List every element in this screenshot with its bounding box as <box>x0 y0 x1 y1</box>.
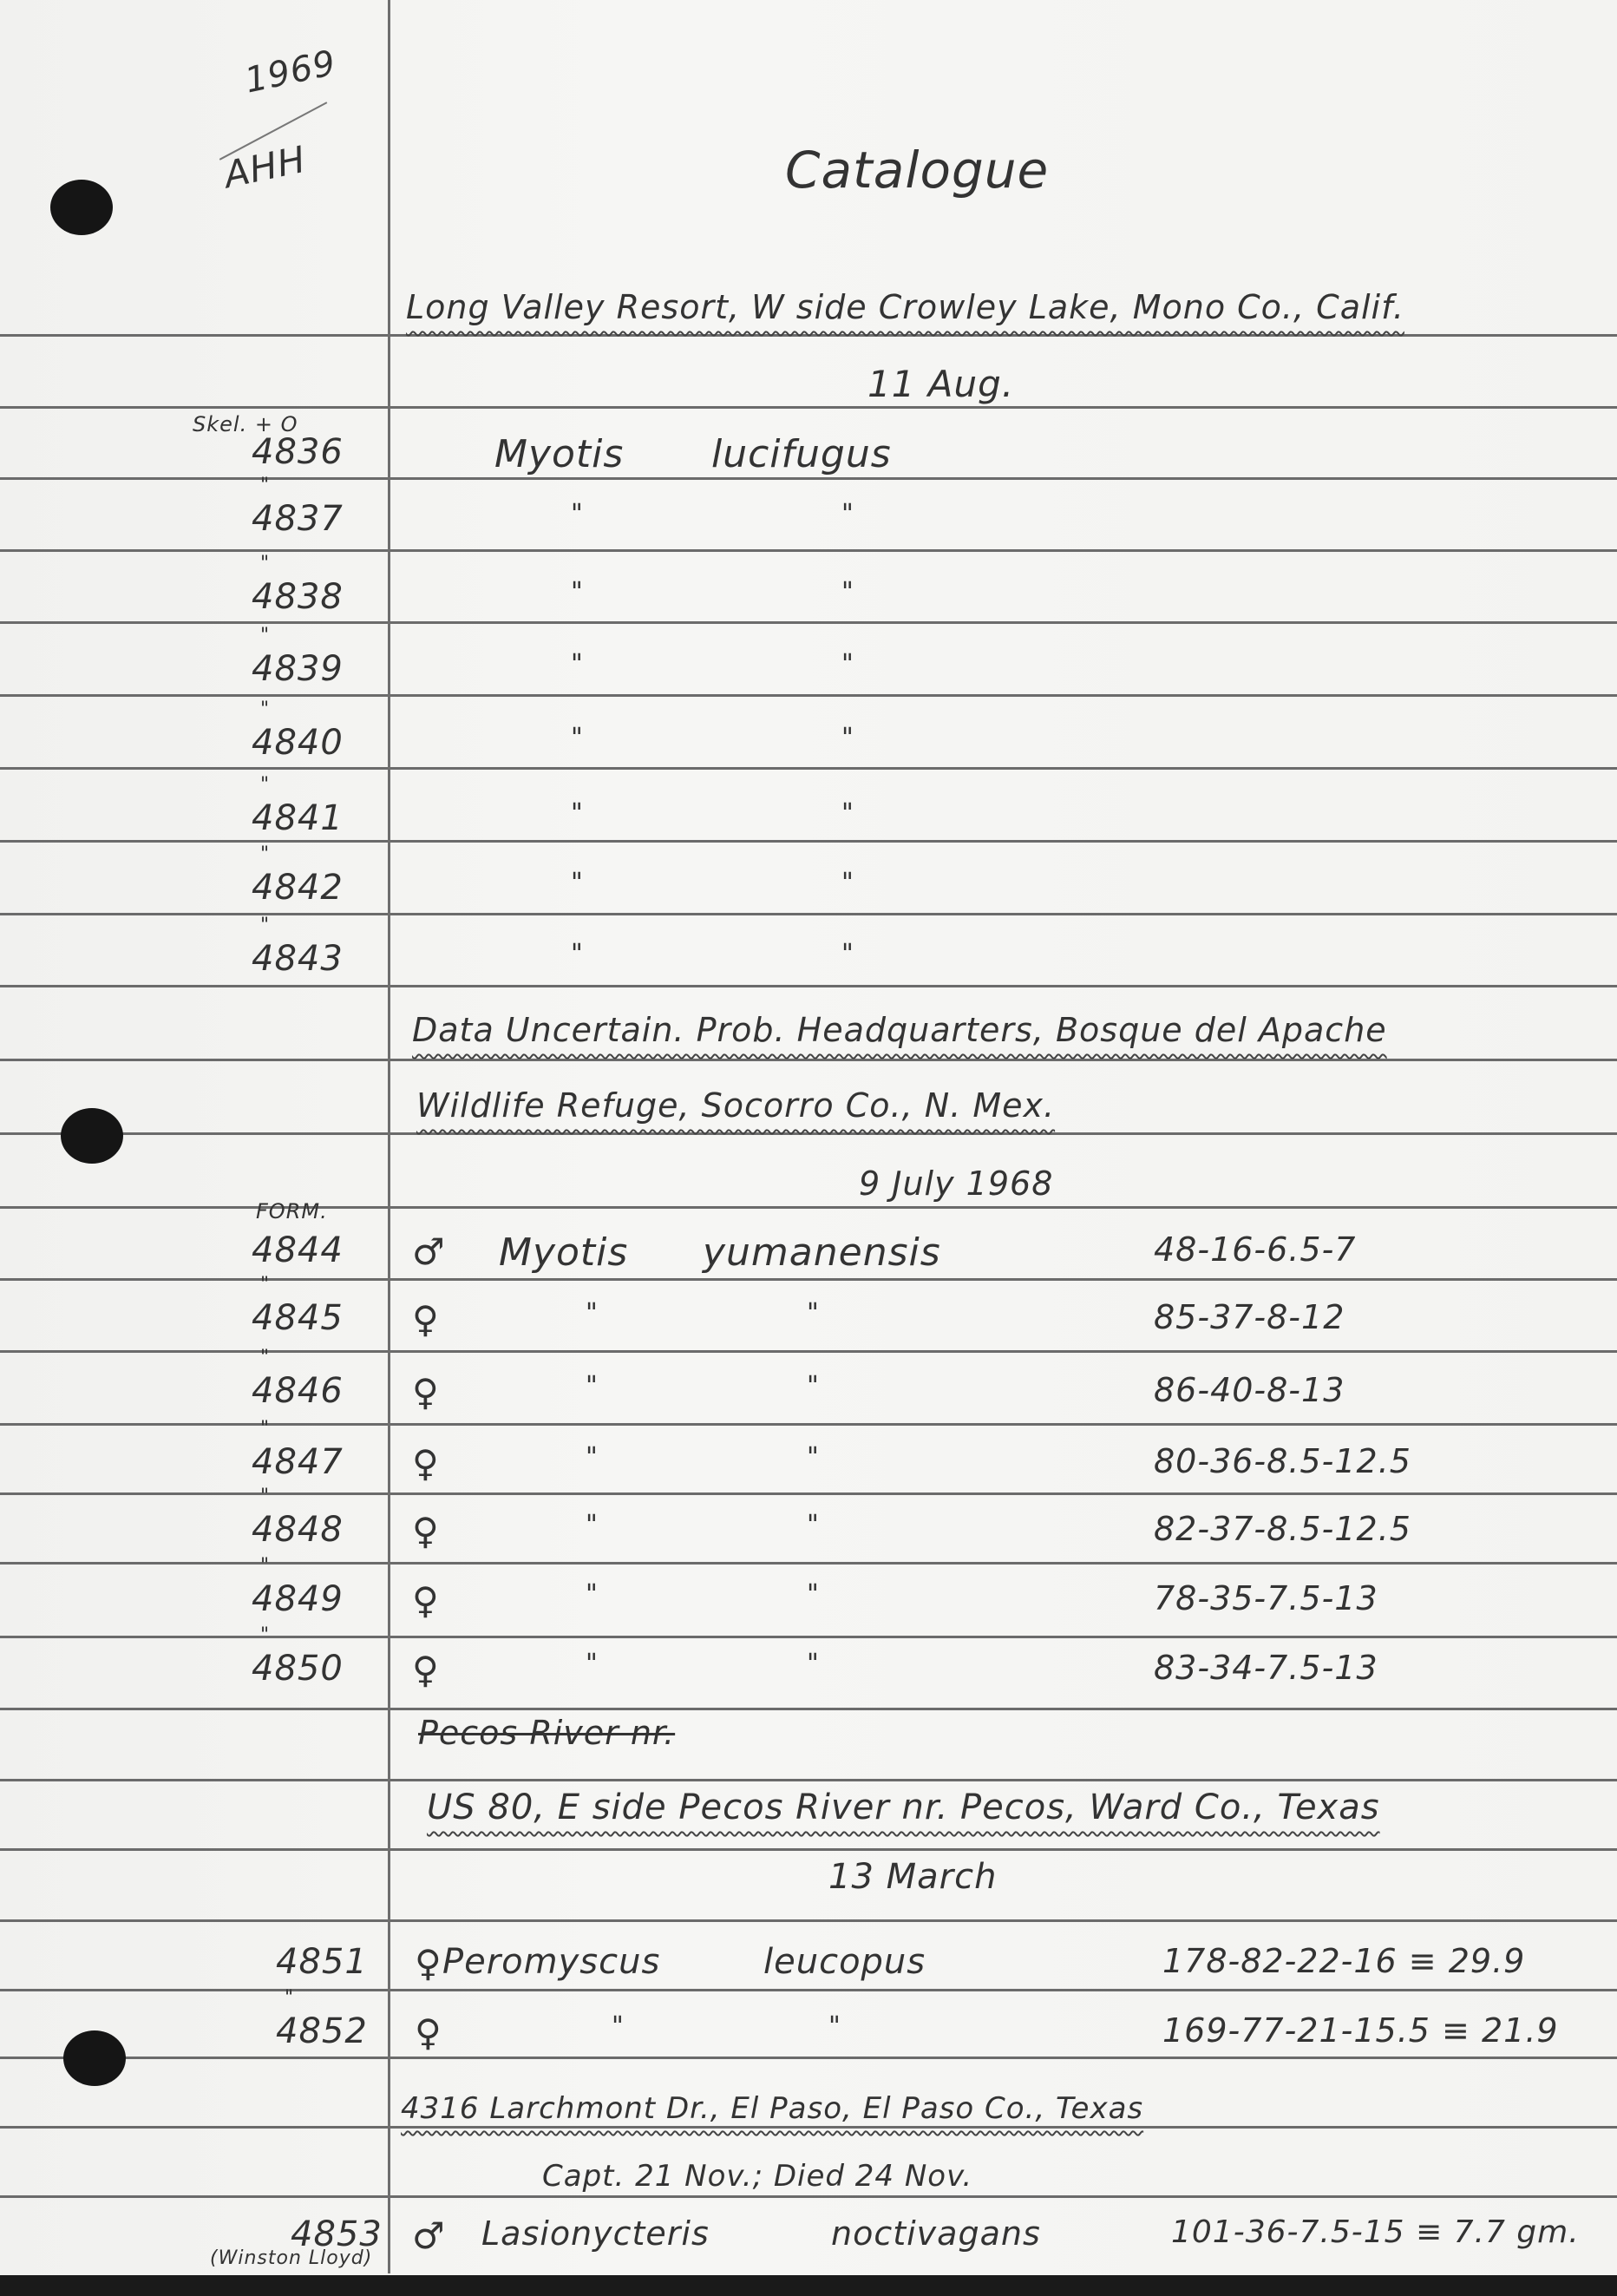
measurements: 86-40-8-13 <box>1154 1371 1345 1409</box>
genus: " <box>612 2011 625 2042</box>
catalogue-number: 4837 <box>252 499 344 539</box>
measurements: 169-77-21-15.5 ≡ 21.9 <box>1162 2011 1559 2050</box>
genus: Myotis <box>499 1230 628 1275</box>
date-11-aug: 11 Aug. <box>867 363 1014 405</box>
ruled-line <box>0 2195 1617 2198</box>
species: " <box>841 723 854 753</box>
collector-note: (Winston Lloyd) <box>210 2247 372 2269</box>
ditto-mark: " <box>260 1624 270 1646</box>
ditto-mark: " <box>260 475 270 496</box>
ruled-line <box>0 1636 1617 1638</box>
locality-bosque-del-apache-line2: Wildlife Refuge, Socorro Co., N. Mex. <box>416 1086 1055 1125</box>
ruled-line <box>0 913 1617 915</box>
ruled-line <box>0 2126 1617 2129</box>
measurements: 78-35-7.5-13 <box>1154 1579 1378 1617</box>
ditto-mark: " <box>260 915 270 936</box>
genus: " <box>571 939 584 969</box>
ruled-line <box>0 1059 1617 1061</box>
sex-symbol: ♂ <box>412 1230 446 1273</box>
ruled-line <box>0 1708 1617 1710</box>
ruled-line <box>0 621 1617 624</box>
genus: " <box>586 1371 599 1401</box>
ruled-line <box>0 840 1617 843</box>
ruled-line <box>0 985 1617 987</box>
ruled-line <box>0 334 1617 337</box>
locality-long-valley: Long Valley Resort, W side Crowley Lake,… <box>406 288 1404 326</box>
ruled-line <box>0 1132 1617 1135</box>
species: " <box>807 1371 820 1401</box>
ruled-line <box>0 1848 1617 1851</box>
species: " <box>807 1442 820 1473</box>
binder-hole-top <box>50 180 113 235</box>
capture-death-dates: Capt. 21 Nov.; Died 24 Nov. <box>542 2159 972 2194</box>
scan-edge <box>0 2275 1617 2296</box>
sex-symbol: ♀ <box>412 1298 440 1341</box>
genus: " <box>586 1442 599 1473</box>
species: " <box>807 1298 820 1328</box>
catalogue-number: 4852 <box>276 2011 368 2051</box>
measurements: 80-36-8.5-12.5 <box>1154 1442 1411 1480</box>
sex-symbol: ♀ <box>412 1371 440 1414</box>
genus: " <box>586 1649 599 1679</box>
catalogue-number: 4845 <box>252 1298 344 1338</box>
species: " <box>841 577 854 607</box>
ruled-line <box>0 2057 1617 2059</box>
ditto-mark: " <box>260 1555 270 1577</box>
sex-symbol: ♀ <box>415 2011 442 2054</box>
catalogue-number: 4848 <box>252 1510 344 1550</box>
measurements: 48-16-6.5-7 <box>1154 1230 1356 1269</box>
page-title: Catalogue <box>785 141 1049 200</box>
species: " <box>807 1579 820 1610</box>
genus: Peromyscus <box>442 1942 660 1982</box>
catalogue-number: 4842 <box>252 868 344 908</box>
ditto-mark: " <box>260 1347 270 1368</box>
measurements: 178-82-22-16 ≡ 29.9 <box>1162 1942 1525 1980</box>
genus: " <box>586 1510 599 1540</box>
genus: " <box>571 868 584 898</box>
ruled-line <box>0 767 1617 770</box>
ruled-line <box>0 694 1617 697</box>
ruled-line <box>0 549 1617 552</box>
sex-symbol: ♀ <box>412 1510 440 1552</box>
ditto-mark: " <box>260 774 270 796</box>
ruled-line <box>0 1779 1617 1781</box>
genus: " <box>586 1579 599 1610</box>
genus: " <box>586 1298 599 1328</box>
ruled-line <box>0 1492 1617 1495</box>
catalogue-number: 4847 <box>252 1442 344 1482</box>
measurements: 83-34-7.5-13 <box>1154 1649 1378 1687</box>
species: lucifugus <box>711 432 892 476</box>
initials-annotation: AHH <box>220 138 310 197</box>
genus: " <box>571 499 584 529</box>
catalogue-number: 4846 <box>252 1371 344 1411</box>
catalogue-number: 4836 <box>252 432 344 472</box>
ruled-line <box>0 1278 1617 1281</box>
struck-locality-pecos-river: Pecos River nr. <box>418 1714 675 1752</box>
species: " <box>841 939 854 969</box>
catalogue-number: 4850 <box>252 1649 344 1689</box>
ruled-line <box>0 1919 1617 1922</box>
ruled-line <box>0 1562 1617 1565</box>
ditto-mark: " <box>260 843 270 865</box>
ruled-line <box>0 406 1617 409</box>
catalogue-number: 4839 <box>252 649 344 689</box>
ditto-mark: " <box>285 1987 294 2009</box>
measurements: 85-37-8-12 <box>1154 1298 1345 1336</box>
species: yumanensis <box>703 1230 941 1275</box>
genus: " <box>571 798 584 829</box>
measurements: 82-37-8.5-12.5 <box>1154 1510 1411 1548</box>
prep-note-form: FORM. <box>256 1199 328 1223</box>
genus: Myotis <box>494 432 624 476</box>
genus: " <box>571 577 584 607</box>
genus: " <box>571 723 584 753</box>
ditto-mark: " <box>260 553 270 574</box>
catalogue-number: 4851 <box>276 1942 368 1982</box>
ruled-line <box>0 1206 1617 1209</box>
locality-bosque-del-apache-line1: Data Uncertain. Prob. Headquarters, Bosq… <box>412 1011 1387 1049</box>
species: noctivagans <box>831 2214 1041 2253</box>
ruled-line <box>0 1423 1617 1426</box>
sex-symbol: ♀ <box>415 1942 442 1984</box>
species: " <box>841 649 854 679</box>
ditto-mark: " <box>260 625 270 646</box>
species: " <box>807 1510 820 1540</box>
catalogue-page: 1969 AHH Catalogue Long Valley Resort, W… <box>0 0 1617 2296</box>
catalogue-number: 4849 <box>252 1579 344 1619</box>
species: " <box>841 499 854 529</box>
ruled-line <box>0 1989 1617 1991</box>
date-13-march: 13 March <box>828 1857 997 1897</box>
species: " <box>828 2011 841 2042</box>
catalogue-number: 4840 <box>252 723 344 763</box>
year-annotation: 1969 <box>241 43 339 102</box>
ditto-mark: " <box>260 1486 270 1507</box>
species: " <box>841 798 854 829</box>
catalogue-number: 4838 <box>252 577 344 617</box>
sex-symbol: ♂ <box>412 2214 446 2257</box>
binder-hole-bottom <box>63 2030 126 2086</box>
species: " <box>841 868 854 898</box>
catalogue-number: 4843 <box>252 939 344 979</box>
sex-symbol: ♀ <box>412 1649 440 1691</box>
sex-symbol: ♀ <box>412 1442 440 1485</box>
catalogue-number: 4844 <box>252 1230 344 1270</box>
sex-symbol: ♀ <box>412 1579 440 1622</box>
ruled-line <box>0 477 1617 480</box>
species: leucopus <box>763 1942 926 1982</box>
genus: " <box>571 649 584 679</box>
ditto-mark: " <box>260 1274 270 1296</box>
date-9-july-1968: 9 July 1968 <box>859 1164 1053 1203</box>
ditto-mark: " <box>260 699 270 720</box>
genus: Lasionycteris <box>481 2214 710 2253</box>
locality-el-paso: 4316 Larchmont Dr., El Paso, El Paso Co.… <box>401 2091 1143 2126</box>
binder-hole-middle <box>61 1108 123 1164</box>
ditto-mark: " <box>260 1418 270 1440</box>
measurements: 101-36-7.5-15 ≡ 7.7 gm. <box>1171 2214 1580 2250</box>
margin-line <box>388 0 390 2273</box>
locality-pecos-texas: US 80, E side Pecos River nr. Pecos, War… <box>427 1788 1380 1827</box>
species: " <box>807 1649 820 1679</box>
ruled-line <box>0 1350 1617 1353</box>
catalogue-number: 4841 <box>252 798 344 838</box>
